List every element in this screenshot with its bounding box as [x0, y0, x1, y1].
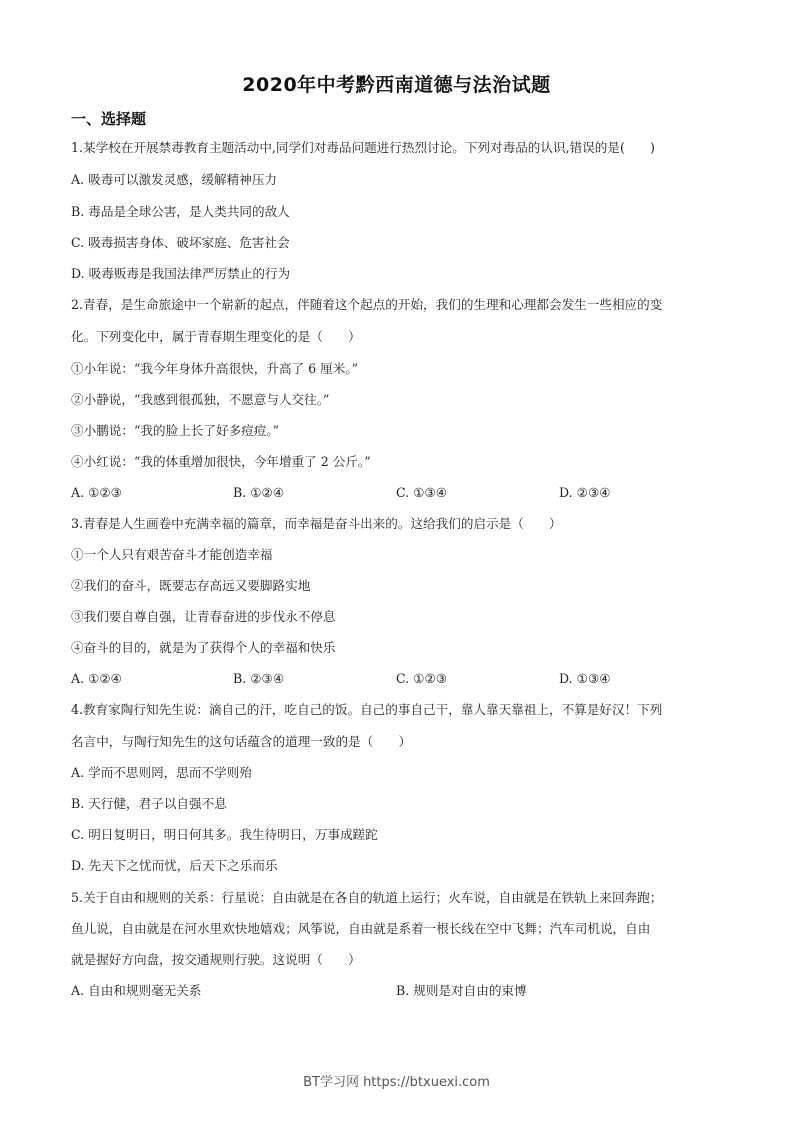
question-1-option-d: D. 吸毒贩毒是我国法律严厉禁止的行为: [71, 265, 290, 283]
question-4-option-b: B. 天行健，君子以自强不息: [71, 795, 227, 813]
question-2-statement-1: ①小年说：“我今年身体升高很快，升高了 6 厘米。”: [71, 360, 358, 378]
question-2-stem-line-2: 化。下列变化中，属于青春期生理变化的是（ ）: [71, 328, 361, 346]
question-4-option-a: A. 学而不思则罔，思而不学则殆: [71, 764, 252, 782]
question-2-option-d: D. ②③④: [559, 484, 611, 502]
question-2-options: A. ①②③ B. ①②④ C. ①③④ D. ②③④: [71, 484, 751, 502]
question-2-statement-3: ③小鹏说：“我的脸上长了好多痘痘。”: [71, 422, 279, 440]
question-5-options: A. 自由和规则毫无关系 B. 规则是对自由的束博: [71, 982, 751, 1000]
question-2-stem-line-1: 2.青春，是生命旅途中一个崭新的起点，伴随着这个起点的开始，我们的生理和心理都会…: [71, 296, 662, 314]
question-5-stem-line-2: 鱼儿说，自由就是在河水里欢快地嬉戏；风筝说，自由就是系着一根长线在空中飞舞；汽车…: [71, 920, 650, 938]
question-4-stem-line-2: 名言中，与陶行知先生的这句话蕴含的道理一致的是（ ）: [71, 733, 411, 751]
section-heading: 一、选择题: [71, 108, 146, 129]
question-3-option-a: A. ①②④: [71, 670, 122, 688]
question-1-option-b: B. 毒品是全球公害，是人类共同的敌人: [71, 203, 290, 221]
question-3-statement-2: ②我们的奋斗，既要志存高远又要脚路实地: [71, 577, 310, 595]
question-3-option-d: D. ①③④: [559, 670, 611, 688]
question-2-option-a: A. ①②③: [71, 484, 122, 502]
page-title: 2020年中考黔西南道德与法治试题: [0, 70, 793, 97]
exam-page: 2020年中考黔西南道德与法治试题 一、选择题 1.某学校在开展禁毒教育主题活动…: [0, 0, 793, 1122]
question-5-stem-line-3: 就是握好方向盘，按交通规则行驶。这说明（ ）: [71, 951, 361, 969]
question-5-option-b: B. 规则是对自由的束博: [396, 982, 527, 1000]
question-2-statement-4: ④小红说：“我的体重增加很快，今年增重了 2 公斤。”: [71, 453, 371, 471]
question-2-option-b: B. ①②④: [233, 484, 284, 502]
question-3-statement-1: ①一个人只有艰苦奋斗才能创造幸福: [71, 546, 273, 564]
question-3-statement-3: ③我们要自尊自强，让青春奋进的步伐永不停息: [71, 608, 335, 626]
question-3-stem: 3.青春是人生画卷中充满幸福的篇章，而幸福是奋斗出来的。这给我们的启示是（ ）: [71, 515, 562, 533]
question-3-statement-4: ④奋斗的目的，就是为了获得个人的幸福和快乐: [71, 639, 335, 657]
question-4-stem-line-1: 4.教育家陶行知先生说：滴自己的汗，吃自己的饭。自己的事自己干，靠人靠天靠祖上，…: [71, 701, 662, 719]
question-1-option-a: A. 吸毒可以激发灵感，缓解精神压力: [71, 171, 277, 189]
question-4-option-d: D. 先天下之忧而忧，后天下之乐而乐: [71, 857, 278, 875]
question-3-option-c: C. ①②③: [396, 670, 447, 688]
question-3-options: A. ①②④ B. ②③④ C. ①②③ D. ①③④: [71, 670, 751, 688]
question-4-option-c: C. 明日复明日，明日何其多。我生待明日，万事成蹉跎: [71, 826, 378, 844]
footer-watermark: BT学习网 https://btxuexi.com: [0, 1071, 793, 1090]
question-5-option-a: A. 自由和规则毫无关系: [71, 982, 201, 1000]
question-1-option-c: C. 吸毒损害身体、破坏家庭、危害社会: [71, 234, 290, 252]
question-2-statement-2: ②小静说，“我感到很孤独，不愿意与人交往。”: [71, 391, 329, 409]
question-2-option-c: C. ①③④: [396, 484, 447, 502]
question-1-stem: 1.某学校在开展禁毒教育主题活动中,同学们对毒品问题进行热烈讨论。下列对毒品的认…: [71, 139, 655, 157]
question-3-option-b: B. ②③④: [233, 670, 284, 688]
question-5-stem-line-1: 5.关于自由和规则的关系：行星说：自由就是在各自的轨道上运行；火车说，自由就是在…: [71, 889, 662, 907]
